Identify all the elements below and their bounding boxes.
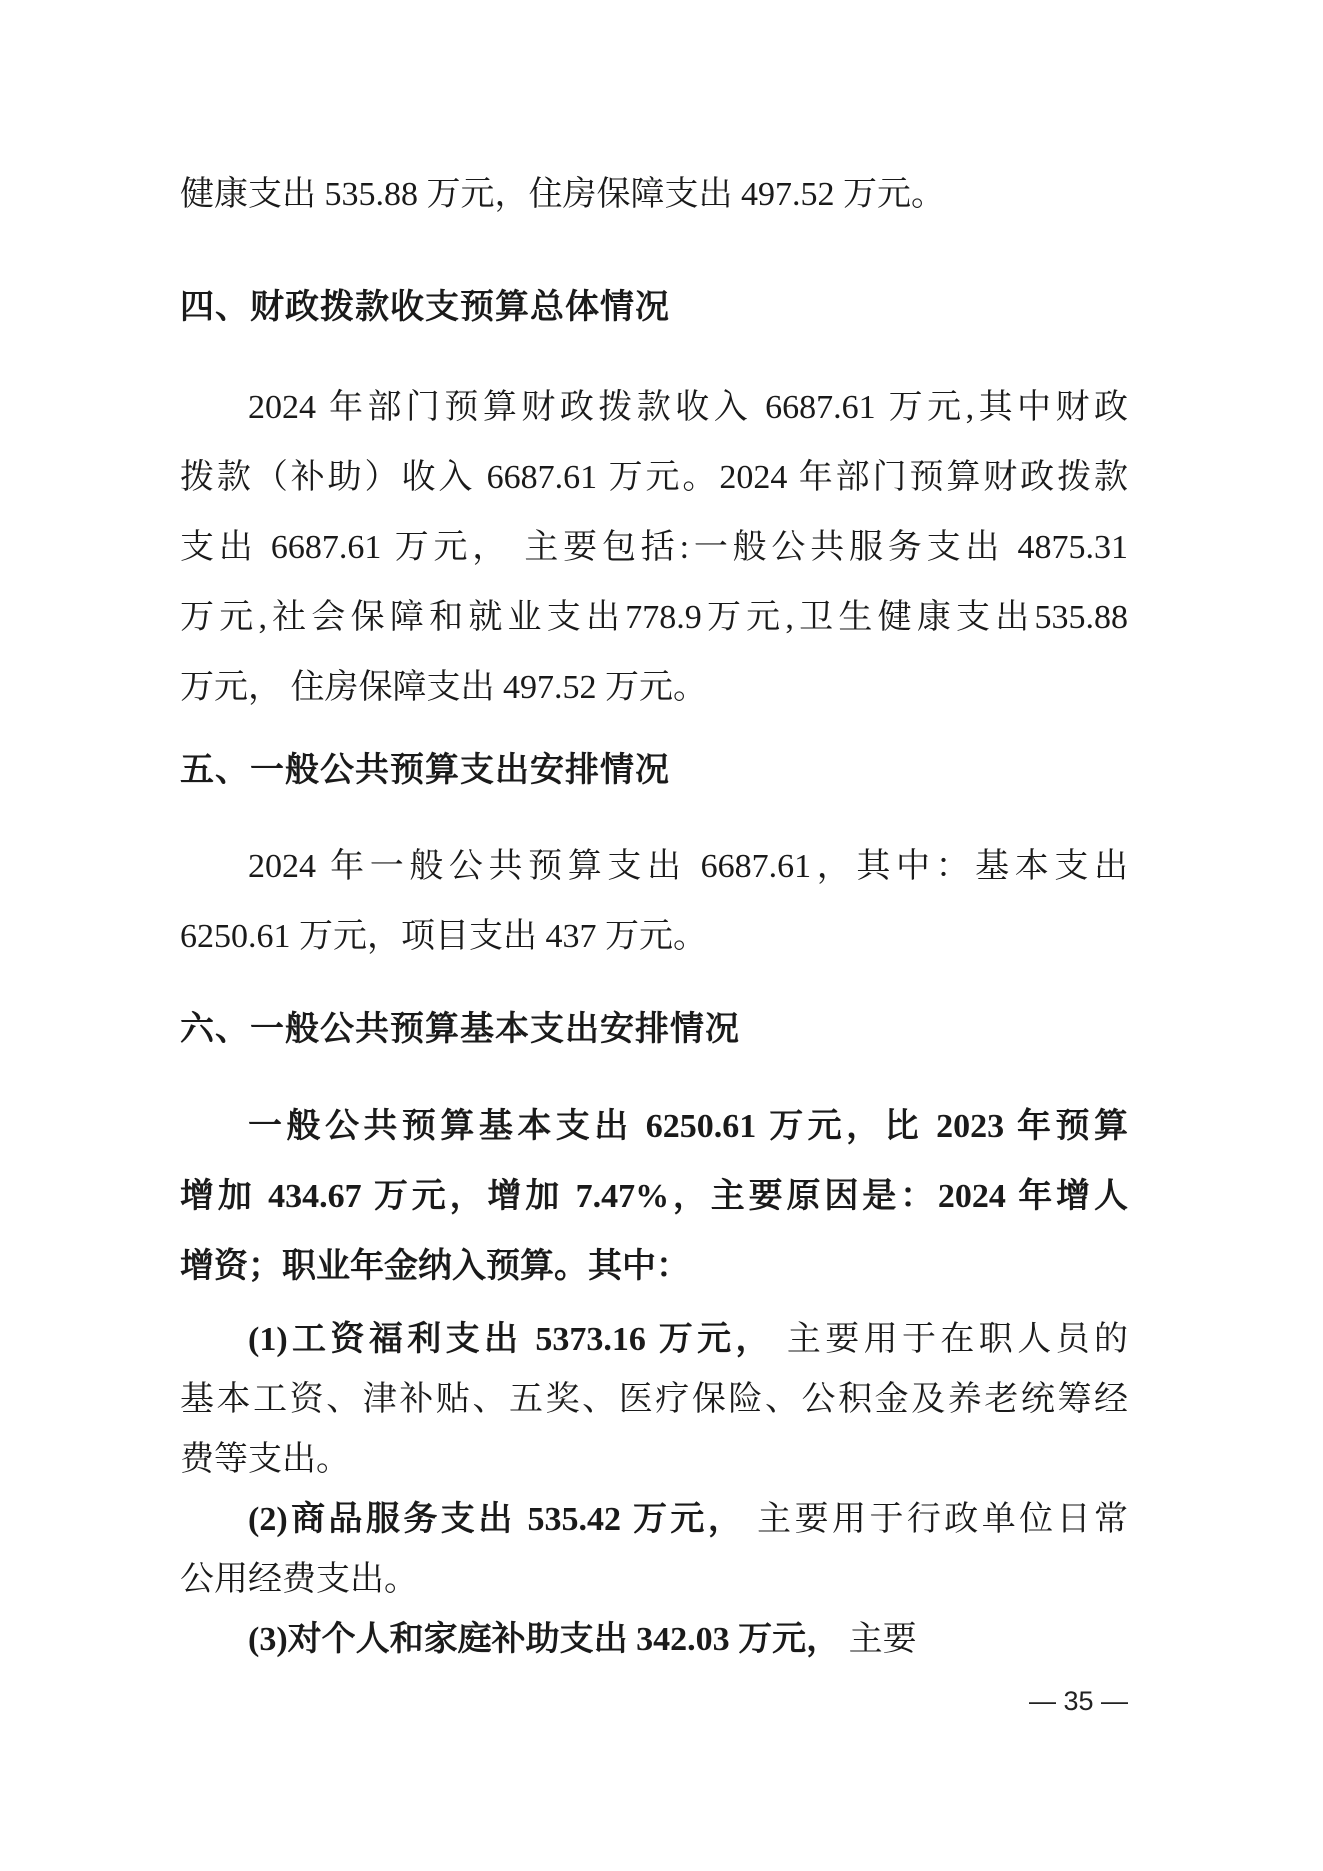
bold-text-segment: (3)对个人和家庭补助支出 342.03 万元， bbox=[248, 1621, 840, 1658]
para-general-budget-expenditure: 2024 年一般公共预算支出 6687.61，其中：基本支出6250.61 万元… bbox=[180, 832, 1128, 972]
para-item-1-salary-welfare-line-1: (1)工资福利支出 5373.16 万元， 主要用于在职人员的 bbox=[180, 1310, 1128, 1370]
para-item-3-individual-family-line-1: (3)对个人和家庭补助支出 342.03 万元， 主要 bbox=[180, 1610, 1128, 1670]
para-item-3-individual-family: (3)对个人和家庭补助支出 342.03 万元， 主要 bbox=[180, 1610, 1128, 1670]
para-fiscal-allocation-overview-line-1: 2024 年部门预算财政拨款收入 6687.61 万元,其中财政 bbox=[180, 373, 1128, 443]
page-footer: — 35 — bbox=[180, 1686, 1128, 1717]
para-fiscal-allocation-overview-line-4: 万元,社会保障和就业支出778.9万元,卫生健康支出535.88 bbox=[180, 583, 1128, 653]
text-segment: 6250.61 万元，项目支出 437 万元。 bbox=[180, 918, 707, 955]
para-basic-expenditure-summary-line-1: 一般公共预算基本支出 6250.61 万元，比 2023 年预算 bbox=[180, 1092, 1128, 1162]
para-fiscal-allocation-overview-line-5: 万元， 住房保障支出 497.52 万元。 bbox=[180, 653, 1128, 723]
bold-text-segment: (1)工资福利支出 5373.16 万元， bbox=[248, 1321, 774, 1358]
continuation-line: 健康支出 535.88 万元，住房保障支出 497.52 万元。 bbox=[180, 160, 1128, 230]
bold-text-segment: 增加 434.67 万元，增加 7.47%，主要原因是：2024 年增人 bbox=[180, 1178, 1128, 1215]
text-segment: 基本工资、津补贴、五奖、医疗保险、公积金及养老统筹经 bbox=[180, 1381, 1128, 1418]
document-page: 健康支出 535.88 万元，住房保障支出 497.52 万元。四、财政拨款收支… bbox=[0, 0, 1323, 1871]
para-basic-expenditure-summary-line-2: 增加 434.67 万元，增加 7.47%，主要原因是：2024 年增人 bbox=[180, 1162, 1128, 1232]
bold-text-segment: 一般公共预算基本支出 6250.61 万元，比 2023 年预算 bbox=[248, 1108, 1128, 1145]
para-item-1-salary-welfare-line-2: 基本工资、津补贴、五奖、医疗保险、公积金及养老统筹经 bbox=[180, 1370, 1128, 1430]
text-segment: 主要用于在职人员的 bbox=[774, 1321, 1128, 1358]
text-segment: 支出 6687.61 万元， 主要包括:一般公共服务支出 4875.31 bbox=[180, 529, 1128, 566]
text-segment: 2024 年一般公共预算支出 6687.61，其中：基本支出 bbox=[248, 848, 1128, 885]
text-segment: 万元， 住房保障支出 497.52 万元。 bbox=[180, 669, 707, 706]
para-general-budget-expenditure-line-1: 2024 年一般公共预算支出 6687.61，其中：基本支出 bbox=[180, 832, 1128, 902]
text-segment: 主要 bbox=[840, 1621, 917, 1658]
para-basic-expenditure-summary-line-3: 增资；职业年金纳入预算。其中： bbox=[180, 1232, 1128, 1302]
document-content: 健康支出 535.88 万元，住房保障支出 497.52 万元。四、财政拨款收支… bbox=[180, 160, 1128, 1670]
heading-section-6: 六、一般公共预算基本支出安排情况 bbox=[180, 995, 1128, 1065]
para-item-2-goods-services: (2)商品服务支出 535.42 万元， 主要用于行政单位日常公用经费支出。 bbox=[180, 1490, 1128, 1610]
para-fiscal-allocation-overview-line-2: 拨款（补助）收入 6687.61 万元。2024 年部门预算财政拨款 bbox=[180, 443, 1128, 513]
para-general-budget-expenditure-line-2: 6250.61 万元，项目支出 437 万元。 bbox=[180, 902, 1128, 972]
para-fiscal-allocation-overview: 2024 年部门预算财政拨款收入 6687.61 万元,其中财政拨款（补助）收入… bbox=[180, 373, 1128, 723]
page-number: — 35 — bbox=[1029, 1686, 1128, 1716]
text-segment: 主要用于行政单位日常 bbox=[745, 1501, 1128, 1538]
text-segment: 健康支出 535.88 万元，住房保障支出 497.52 万元。 bbox=[180, 176, 945, 213]
text-segment: 拨款（补助）收入 6687.61 万元。2024 年部门预算财政拨款 bbox=[180, 459, 1128, 496]
bold-text-segment: (2)商品服务支出 535.42 万元， bbox=[248, 1501, 745, 1538]
text-segment: 万元,社会保障和就业支出778.9万元,卫生健康支出535.88 bbox=[180, 599, 1128, 636]
text-segment: 2024 年部门预算财政拨款收入 6687.61 万元,其中财政 bbox=[248, 389, 1128, 426]
para-basic-expenditure-summary: 一般公共预算基本支出 6250.61 万元，比 2023 年预算增加 434.6… bbox=[180, 1092, 1128, 1302]
heading-section-4: 四、财政拨款收支预算总体情况 bbox=[180, 273, 1128, 343]
text-segment: 公用经费支出。 bbox=[180, 1561, 418, 1598]
text-segment: 费等支出。 bbox=[180, 1441, 350, 1478]
bold-text-segment: 增资；职业年金纳入预算。其中： bbox=[180, 1248, 690, 1285]
para-item-2-goods-services-line-2: 公用经费支出。 bbox=[180, 1550, 1128, 1610]
para-fiscal-allocation-overview-line-3: 支出 6687.61 万元， 主要包括:一般公共服务支出 4875.31 bbox=[180, 513, 1128, 583]
para-item-1-salary-welfare-line-3: 费等支出。 bbox=[180, 1430, 1128, 1490]
heading-section-5: 五、一般公共预算支出安排情况 bbox=[180, 736, 1128, 806]
para-item-1-salary-welfare: (1)工资福利支出 5373.16 万元， 主要用于在职人员的基本工资、津补贴、… bbox=[180, 1310, 1128, 1490]
para-item-2-goods-services-line-1: (2)商品服务支出 535.42 万元， 主要用于行政单位日常 bbox=[180, 1490, 1128, 1550]
